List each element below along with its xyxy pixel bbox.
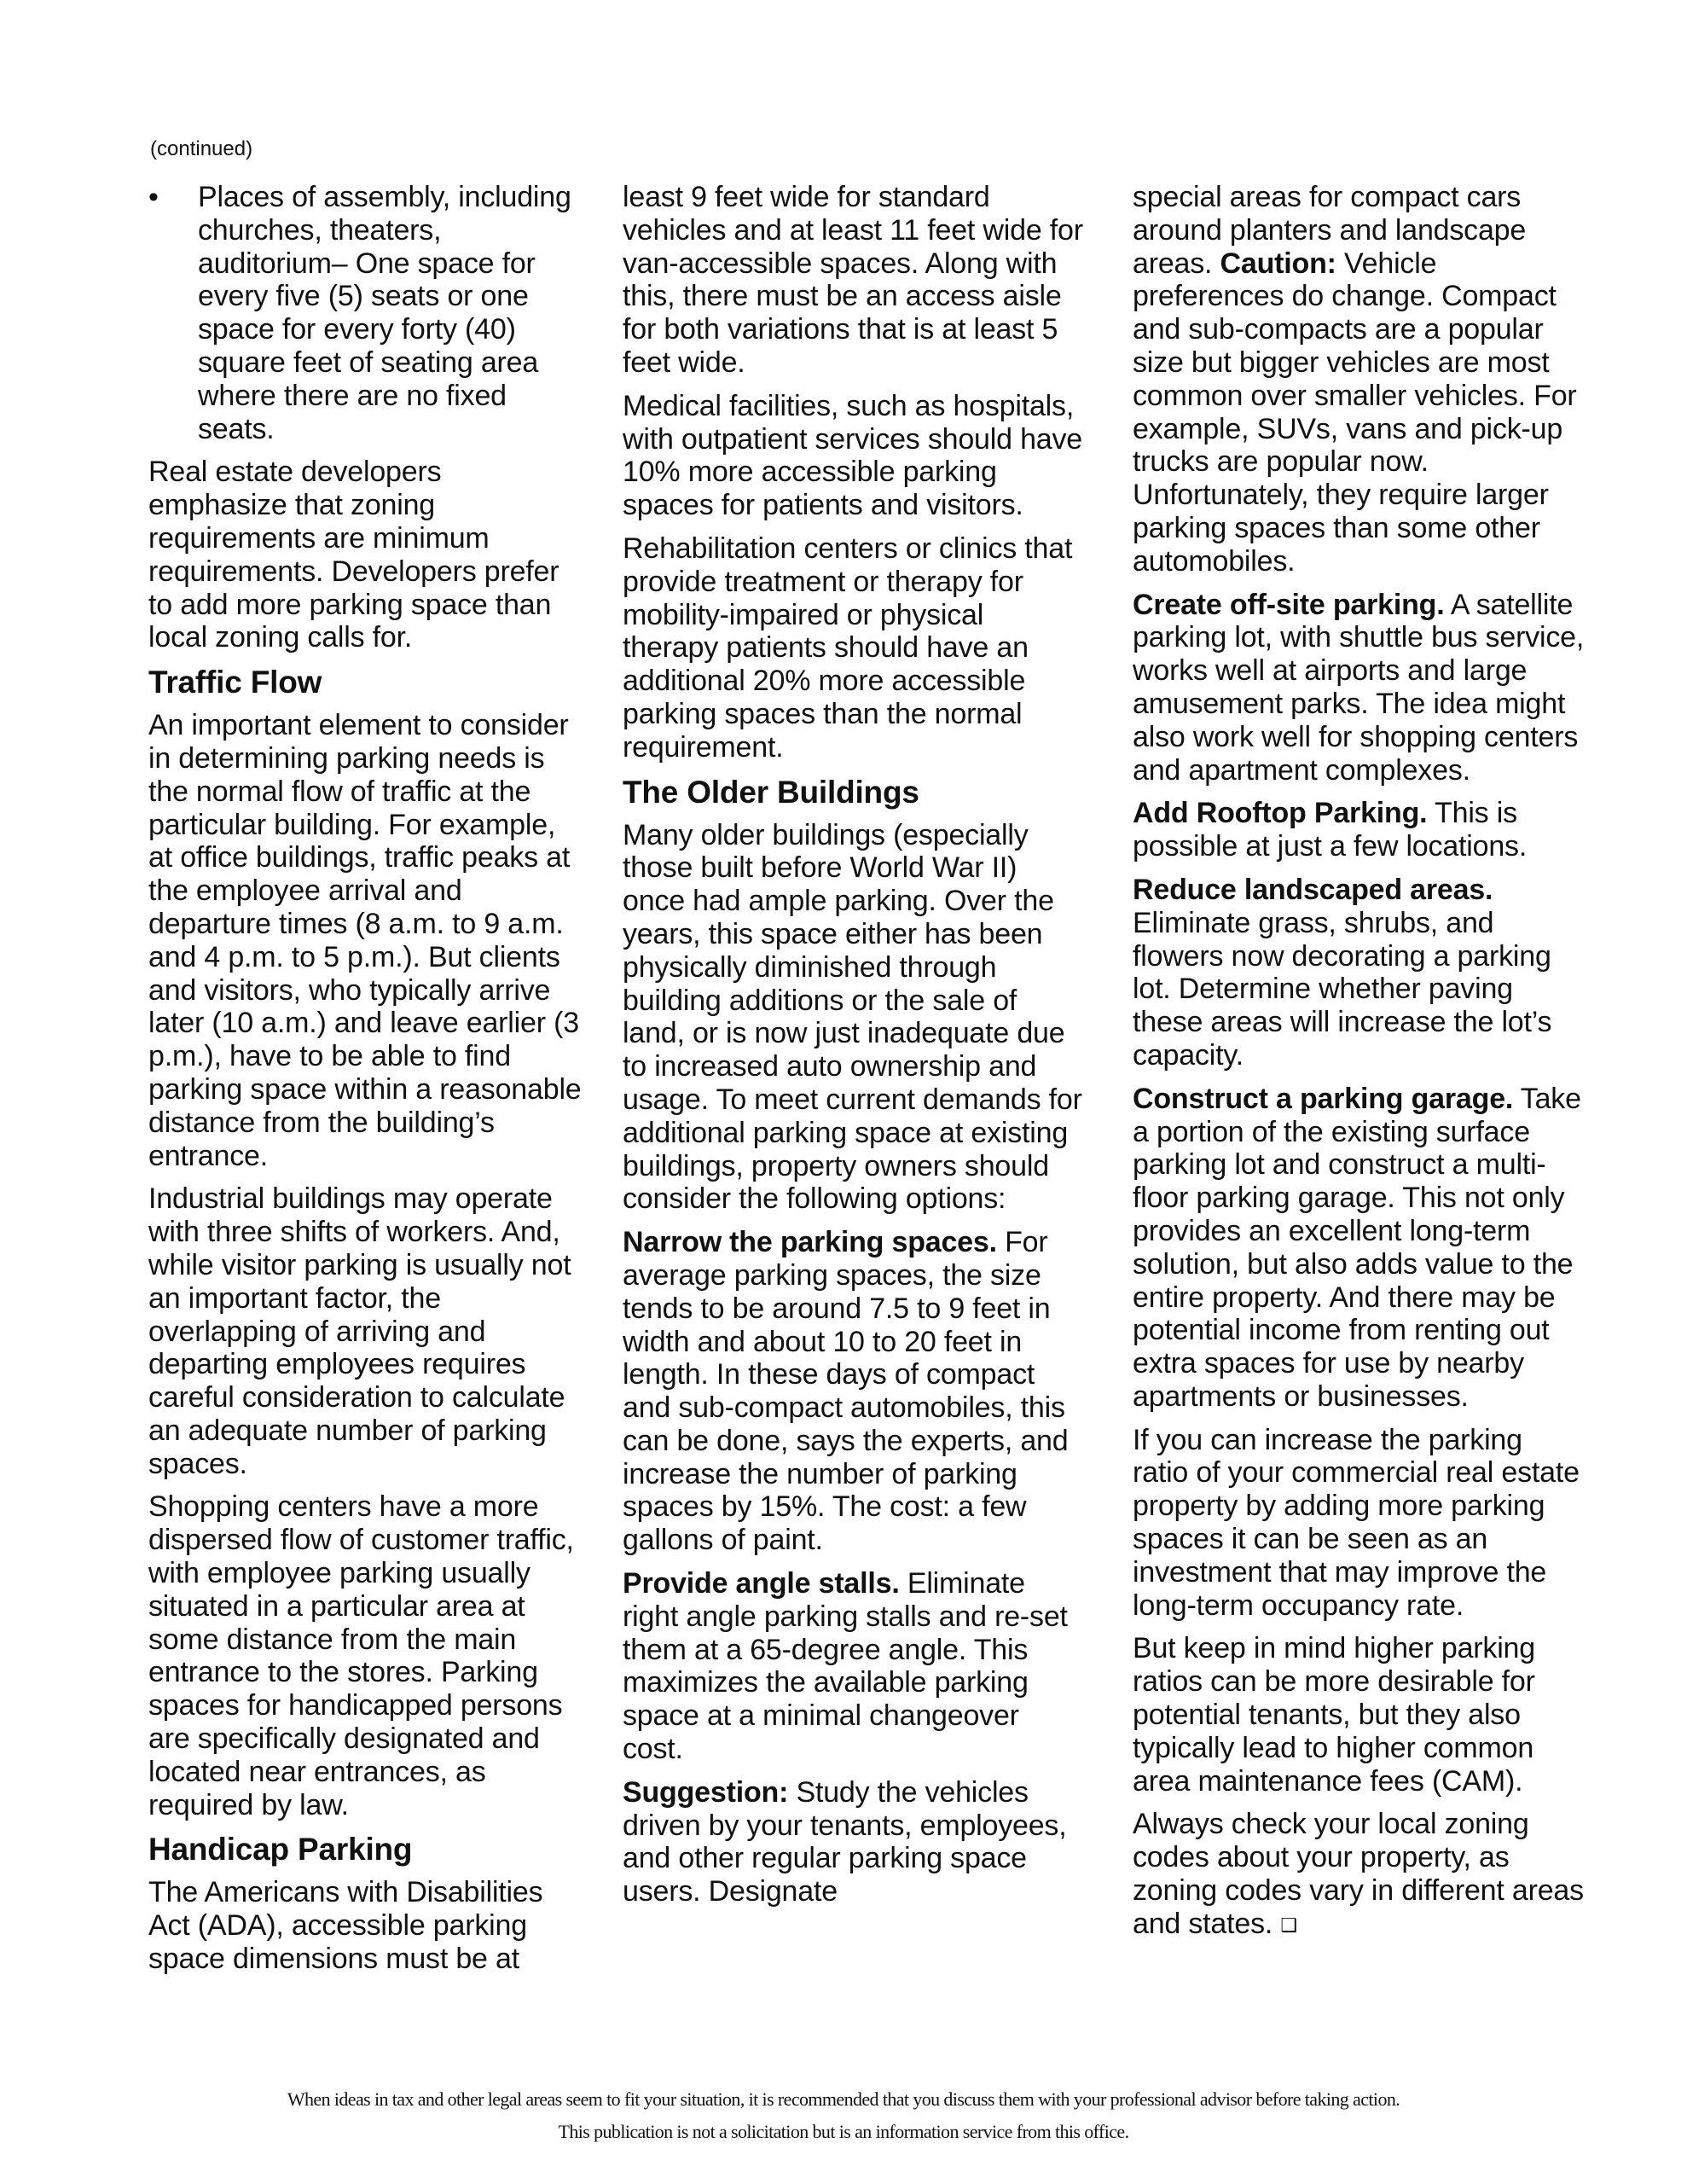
paragraph-shopping: Shopping centers have a more dispersed f…: [148, 1490, 583, 1821]
heading-traffic-flow: Traffic Flow: [148, 665, 583, 700]
option-lead: Construct a parking garage.: [1133, 1083, 1513, 1115]
option-text: For average parking spaces, the size ten…: [623, 1226, 1068, 1556]
option-lead: Narrow the parking spaces.: [623, 1226, 997, 1258]
caution-text: Vehicle preferences do change. Compact a…: [1133, 247, 1577, 578]
paragraph-ada-start: The Americans with Disabilities Act (ADA…: [148, 1876, 583, 1975]
option-parking-garage: Construct a parking garage. Take a porti…: [1133, 1083, 1585, 1414]
option-lead: Reduce landscaped areas.: [1133, 874, 1493, 906]
option-text: Eliminate grass, shrubs, and flowers now…: [1133, 907, 1551, 1072]
paragraph-ada-continued: least 9 feet wide for standard vehicles …: [623, 181, 1083, 380]
heading-handicap-parking: Handicap Parking: [148, 1832, 583, 1867]
bullet-text: Places of assembly, including churches, …: [198, 181, 583, 445]
zoning-text: Always check your local zoning codes abo…: [1133, 1808, 1584, 1939]
paragraph-industrial: Industrial buildings may operate with th…: [148, 1182, 583, 1480]
option-rooftop-parking: Add Rooftop Parking. This is possible at…: [1133, 797, 1585, 863]
suggestion-paragraph: Suggestion: Study the vehicles driven by…: [623, 1776, 1083, 1908]
paragraph-ratio: If you can increase the parking ratio of…: [1133, 1424, 1585, 1623]
option-lead: Add Rooftop Parking.: [1133, 797, 1427, 829]
paragraph-developers: Real estate developers emphasize that zo…: [148, 456, 583, 654]
column-1: • Places of assembly, including churches…: [148, 181, 583, 1986]
option-angle-stalls: Provide angle stalls. Eliminate right an…: [623, 1567, 1083, 1766]
continued-label: (continued): [150, 136, 252, 162]
column-2: least 9 feet wide for standard vehicles …: [623, 181, 1083, 1919]
option-narrow-spaces: Narrow the parking spaces. For average p…: [623, 1226, 1083, 1557]
option-lead: Provide angle stalls.: [623, 1567, 900, 1600]
end-of-article-icon: ❑: [1280, 1914, 1297, 1936]
caution-paragraph: special areas for compact cars around pl…: [1133, 181, 1585, 578]
option-offsite-parking: Create off-site parking. A satellite par…: [1133, 589, 1585, 787]
footer-publication-note: This publication is not a solicitation b…: [0, 2121, 1687, 2143]
option-lead: Create off-site parking.: [1133, 589, 1445, 621]
column-3: special areas for compact cars around pl…: [1133, 181, 1585, 1953]
paragraph-medical: Medical facilities, such as hospitals, w…: [623, 390, 1083, 522]
bullet-item: • Places of assembly, including churches…: [148, 181, 583, 445]
footer-disclaimer: When ideas in tax and other legal areas …: [0, 2088, 1687, 2111]
document-page: (continued) • Places of assembly, includ…: [0, 0, 1687, 2184]
paragraph-traffic: An important element to consider in dete…: [148, 709, 583, 1172]
caution-lead: Caution:: [1220, 247, 1336, 280]
paragraph-zoning: Always check your local zoning codes abo…: [1133, 1808, 1585, 1942]
heading-older-buildings: The Older Buildings: [623, 775, 1083, 810]
paragraph-rehab: Rehabilitation centers or clinics that p…: [623, 532, 1083, 764]
paragraph-cam: But keep in mind higher parking ratios c…: [1133, 1632, 1585, 1798]
paragraph-older: Many older buildings (especially those b…: [623, 819, 1083, 1217]
option-reduce-landscape: Reduce landscaped areas. Eliminate grass…: [1133, 874, 1585, 1072]
option-text: Take a portion of the existing surface p…: [1133, 1083, 1581, 1413]
bullet-icon: •: [148, 181, 198, 445]
suggestion-lead: Suggestion:: [623, 1776, 788, 1809]
